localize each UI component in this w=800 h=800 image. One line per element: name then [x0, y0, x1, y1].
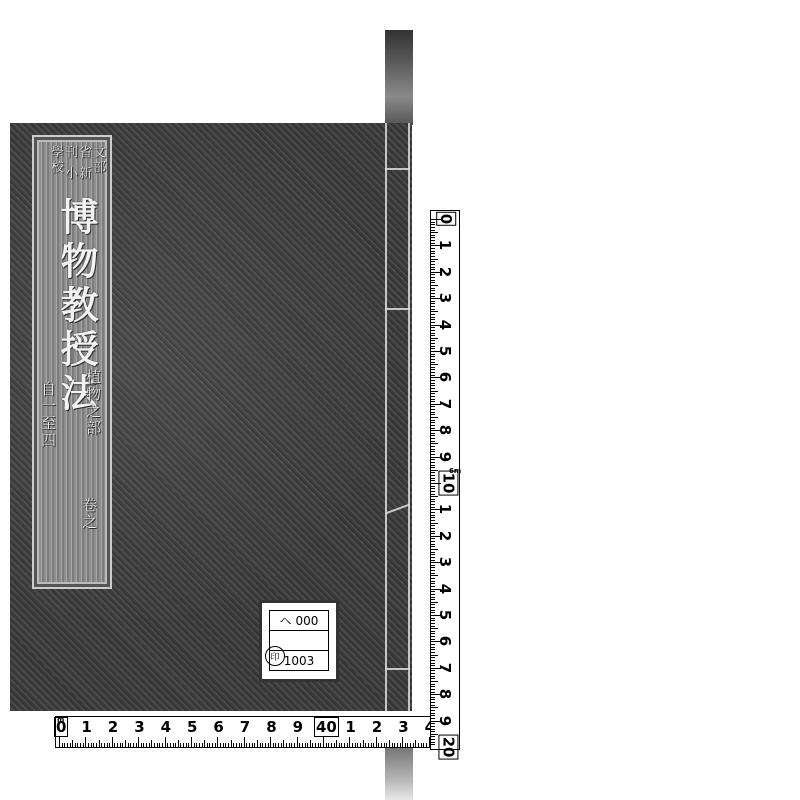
ruler-tick: [431, 729, 435, 730]
ruler-tick: [405, 743, 406, 747]
ruler-tick: [88, 743, 89, 747]
ruler-tick: [431, 438, 435, 439]
ruler-tick: [431, 261, 435, 262]
ruler-number: 1: [436, 240, 454, 250]
ruler-tick: [431, 692, 435, 693]
ruler-tick: [331, 743, 332, 747]
ruler-tick: [431, 478, 435, 479]
ruler-tick: [130, 743, 131, 747]
ruler-tick: [104, 743, 105, 747]
ruler-tick: [339, 743, 340, 747]
ruler-tick: [431, 647, 435, 648]
ruler-tick: [431, 546, 435, 547]
ruler-tick: [431, 744, 435, 745]
ruler-tick: [305, 743, 306, 747]
ruler-tick: [431, 356, 435, 357]
ruler-tick: [431, 420, 435, 421]
ruler-tick: [431, 359, 435, 360]
ruler-tick: [431, 288, 435, 289]
ruler-tick: [431, 251, 435, 252]
ruler-tick: [431, 557, 435, 558]
ruler-number: 2: [436, 531, 454, 541]
ruler-number: 3: [436, 557, 454, 567]
ruler-tick: [431, 354, 435, 355]
ruler-tick: [431, 531, 435, 532]
ruler-tick: [146, 743, 147, 747]
ruler-tick: [431, 396, 435, 397]
ruler-tick: [431, 475, 435, 476]
ruler-tick: [392, 743, 393, 747]
ruler-tick: [431, 248, 435, 249]
ruler-tick: [431, 612, 435, 613]
ruler-tick: [183, 743, 184, 747]
ruler-tick: [431, 441, 435, 442]
ruler-number: 3: [134, 718, 144, 736]
ruler-tick: [431, 414, 435, 415]
ruler-tick: [431, 409, 435, 410]
ruler-tick: [431, 739, 435, 740]
ruler-tick: [431, 655, 438, 656]
ruler-tick: [341, 743, 342, 747]
ruler-tick: [431, 285, 438, 286]
ruler-tick: [252, 743, 253, 747]
ruler-tick: [431, 222, 435, 223]
ruler-tick: [431, 338, 438, 339]
ruler-tick: [151, 740, 152, 747]
ruler-tick: [431, 723, 435, 724]
ruler-tick: [117, 743, 118, 747]
ruler-tick: [278, 743, 279, 747]
ruler-tick: [294, 743, 295, 747]
ruler-tick: [431, 552, 435, 553]
ruler-tick: [431, 628, 438, 629]
ruler-number: 8: [436, 689, 454, 699]
ruler-tick: [431, 375, 435, 376]
ruler-tick: [431, 565, 435, 566]
ruler-tick: [431, 343, 435, 344]
ruler-tick: [431, 504, 435, 505]
ruler-tick: [77, 743, 78, 747]
ruler-tick: [307, 743, 308, 747]
ruler-tick: [312, 743, 313, 747]
ruler-tick: [431, 391, 438, 392]
ruler-tick: [122, 743, 123, 747]
ruler-number: 4: [436, 583, 454, 593]
ruler-number: 2: [108, 718, 118, 736]
ruler-tick: [93, 743, 94, 747]
ruler-tick: [431, 454, 435, 455]
ruler-tick: [431, 380, 435, 381]
ruler-tick: [64, 743, 65, 747]
ruler-number: 7: [436, 663, 454, 673]
ruler-tick: [170, 743, 171, 747]
ruler-tick: [431, 631, 435, 632]
ruler-tick: [415, 740, 416, 747]
ruler-tick: [397, 743, 398, 747]
ruler-number: 4: [436, 319, 454, 329]
ruler-tick: [360, 743, 361, 747]
volume-text: 卷之: [79, 497, 100, 531]
ruler-tick: [431, 486, 435, 487]
ruler-tick: [431, 713, 435, 714]
ruler-number: 6: [436, 636, 454, 646]
ruler-tick: [431, 330, 435, 331]
ruler-tick: [431, 327, 435, 328]
ruler-tick: [225, 743, 226, 747]
ruler-unit: m: [57, 716, 64, 724]
ruler-tick: [128, 743, 129, 747]
ruler-tick: [239, 743, 240, 747]
ruler-tick: [431, 705, 435, 706]
ruler-number: 7: [240, 718, 250, 736]
ruler-tick: [246, 743, 247, 747]
ruler-tick: [120, 743, 121, 747]
library-seal-stamp: 印: [265, 646, 285, 666]
ruler-tick: [431, 652, 435, 653]
ruler-tick: [431, 660, 435, 661]
ruler-tick: [326, 743, 327, 747]
ruler-tick: [431, 573, 435, 574]
ruler-tick: [423, 743, 424, 747]
ruler-number: 20: [439, 736, 457, 759]
ruler-tick: [431, 480, 435, 481]
ruler-tick: [431, 274, 435, 275]
ruler-tick: [386, 743, 387, 747]
ruler-tick: [431, 591, 435, 592]
ruler-tick: [220, 743, 221, 747]
ruler-tick: [431, 399, 435, 400]
ruler-tick: [431, 538, 435, 539]
ruler-tick: [141, 743, 142, 747]
ruler-number: 40: [315, 718, 338, 736]
ruler-tick: [431, 499, 435, 500]
ruler-tick: [431, 277, 435, 278]
ruler-tick: [299, 743, 300, 747]
ruler-tick: [431, 710, 435, 711]
ruler-tick: [75, 743, 76, 747]
ruler-number: 9: [436, 451, 454, 461]
ruler-tick: [431, 385, 435, 386]
ruler-tick: [431, 340, 435, 341]
ruler-tick: [289, 743, 290, 747]
ruler-tick: [199, 743, 200, 747]
section-text: 植物之部: [83, 369, 104, 437]
ruler-number: 1: [81, 718, 91, 736]
ruler-tick: [421, 743, 422, 747]
ruler-tick: [265, 743, 266, 747]
ruler-tick: [431, 507, 435, 508]
ruler-tick: [99, 740, 100, 747]
ruler-tick: [136, 743, 137, 747]
ruler-tick: [431, 707, 438, 708]
ruler-tick: [281, 743, 282, 747]
ruler-tick: [270, 737, 271, 747]
ruler-tick: [431, 465, 435, 466]
ruler-tick: [167, 743, 168, 747]
title-label: 文部省 新刊 小學校 博物教授法 植物之部 自一至四 卷之: [32, 135, 112, 589]
ruler-tick: [431, 575, 438, 576]
ruler-tick: [431, 406, 435, 407]
ruler-tick: [431, 348, 435, 349]
ruler-tick: [378, 743, 379, 747]
ruler-number: 8: [266, 718, 276, 736]
ruler-tick: [431, 417, 438, 418]
ruler-tick: [431, 657, 435, 658]
ruler-tick: [67, 743, 68, 747]
ruler-number: 5: [436, 610, 454, 620]
spine-strip-bottom: [385, 748, 413, 800]
ruler-tick: [431, 256, 435, 257]
ruler-tick: [400, 743, 401, 747]
ruler-tick: [349, 737, 350, 747]
ruler-tick: [431, 240, 435, 241]
ruler-tick: [431, 689, 435, 690]
ruler-tick: [236, 743, 237, 747]
ruler-tick: [196, 743, 197, 747]
ruler-number: 8: [436, 425, 454, 435]
ruler-tick: [431, 317, 435, 318]
ruler-tick: [431, 494, 435, 495]
ruler-tick: [431, 533, 435, 534]
ruler-number: 2: [372, 718, 382, 736]
ruler-tick: [431, 393, 435, 394]
ruler-tick: [186, 743, 187, 747]
ruler-tick: [268, 743, 269, 747]
ruler-tick: [273, 743, 274, 747]
ruler-tick: [389, 740, 390, 747]
ruler-tick: [431, 620, 435, 621]
ruler-tick: [109, 743, 110, 747]
ruler-tick: [125, 740, 126, 747]
ruler-tick: [59, 737, 60, 747]
ruler-tick: [323, 737, 324, 747]
ruler-tick: [431, 235, 435, 236]
range-text: 自一至四: [38, 381, 59, 449]
ruler-tick: [355, 743, 356, 747]
ruler-tick: [431, 293, 435, 294]
ruler-tick: [431, 496, 438, 497]
ruler-tick: [207, 743, 208, 747]
spine-binding-line: [385, 123, 387, 711]
ruler-tick: [431, 383, 435, 384]
ruler-tick: [328, 743, 329, 747]
ruler-number: 6: [436, 372, 454, 382]
stitch: [385, 668, 410, 670]
ruler-tick: [431, 435, 435, 436]
ruler-tick: [431, 541, 435, 542]
ruler-tick: [215, 743, 216, 747]
ruler-marker: 6m: [449, 467, 461, 475]
ruler-tick: [431, 227, 435, 228]
ruler-tick: [297, 737, 298, 747]
ruler-tick: [431, 322, 435, 323]
ruler-tick: [431, 699, 435, 700]
ruler-tick: [413, 743, 414, 747]
ruler-tick: [431, 567, 435, 568]
ruler-tick: [431, 578, 435, 579]
stitch: [385, 504, 409, 514]
ruler-tick: [310, 740, 311, 747]
ruler-tick: [431, 581, 435, 582]
ruler-tick: [352, 743, 353, 747]
ruler-tick: [431, 319, 435, 320]
ruler-tick: [431, 488, 435, 489]
stitch: [385, 168, 410, 170]
ruler-tick: [431, 459, 435, 460]
ruler-tick: [431, 267, 435, 268]
ruler-tick: [376, 737, 377, 747]
ruler-tick: [410, 743, 411, 747]
spine-strip-top: [385, 30, 413, 125]
ruler-tick: [107, 743, 108, 747]
ruler-tick: [431, 237, 435, 238]
ruler-tick: [431, 681, 438, 682]
ruler-tick: [431, 676, 435, 677]
ruler-tick: [344, 743, 345, 747]
ruler-tick: [431, 443, 438, 444]
ruler-tick: [431, 633, 435, 634]
ruler-tick: [431, 367, 435, 368]
ruler-tick: [431, 594, 435, 595]
ruler-tick: [133, 743, 134, 747]
ruler-tick: [431, 301, 435, 302]
ruler-tick: [371, 743, 372, 747]
ruler-tick: [431, 599, 435, 600]
library-call-number-label: ヘ 000 1003 印: [262, 603, 336, 679]
ruler-tick: [431, 425, 435, 426]
ruler-tick: [101, 743, 102, 747]
ruler-tick: [431, 586, 435, 587]
ruler-tick: [336, 740, 337, 747]
ruler-tick: [431, 282, 435, 283]
ruler-tick: [431, 290, 435, 291]
ruler-tick: [431, 224, 435, 225]
ruler-tick: [431, 549, 438, 550]
vertical-scale-ruler: 012345678910123456789206m: [430, 210, 460, 750]
ruler-tick: [275, 743, 276, 747]
ruler-tick: [173, 743, 174, 747]
ruler-tick: [357, 743, 358, 747]
ruler-tick: [431, 607, 435, 608]
ruler-tick: [402, 737, 403, 747]
ruler-tick: [291, 743, 292, 747]
ruler-tick: [431, 742, 435, 743]
ruler-tick: [180, 743, 181, 747]
ruler-tick: [431, 560, 435, 561]
ruler-tick: [384, 743, 385, 747]
ruler-tick: [233, 743, 234, 747]
ruler-tick: [431, 362, 435, 363]
ruler-tick: [431, 467, 435, 468]
ruler-tick: [431, 253, 435, 254]
ruler-tick: [241, 743, 242, 747]
ruler-tick: [260, 743, 261, 747]
ruler-tick: [154, 743, 155, 747]
ruler-tick: [431, 686, 435, 687]
ruler-tick: [194, 743, 195, 747]
ruler-tick: [431, 264, 435, 265]
ruler-tick: [138, 737, 139, 747]
ruler-tick: [431, 610, 435, 611]
ruler-tick: [188, 743, 189, 747]
ruler-tick: [254, 743, 255, 747]
ruler-tick: [373, 743, 374, 747]
ruler-tick: [363, 740, 364, 747]
ruler-tick: [431, 639, 435, 640]
ruler-tick: [431, 520, 435, 521]
ruler-tick: [334, 743, 335, 747]
ruler-tick: [223, 743, 224, 747]
ruler-tick: [431, 269, 435, 270]
horizontal-scale-ruler: 0123456789401234m: [55, 716, 457, 748]
ruler-tick: [431, 372, 435, 373]
ruler-tick: [431, 626, 435, 627]
ruler-tick: [431, 470, 438, 471]
ruler-number: 3: [436, 293, 454, 303]
ruler-tick: [175, 743, 176, 747]
ruler-tick: [143, 743, 144, 747]
ruler-number: 5: [187, 718, 197, 736]
ruler-tick: [431, 364, 438, 365]
ruler-tick: [431, 296, 435, 297]
ruler-tick: [431, 525, 435, 526]
ruler-tick: [431, 232, 438, 233]
ruler-tick: [431, 422, 435, 423]
ruler-tick: [431, 446, 435, 447]
call-number-row-1: ヘ 000: [269, 610, 329, 631]
ruler-tick: [315, 743, 316, 747]
ruler-tick: [431, 230, 435, 231]
ruler-number: 9: [436, 715, 454, 725]
ruler-tick: [178, 740, 179, 747]
ruler-tick: [431, 309, 435, 310]
ruler-tick: [431, 451, 435, 452]
ruler-tick: [431, 501, 435, 502]
ruler-tick: [431, 670, 435, 671]
ruler-number: 0: [437, 213, 455, 225]
ruler-number: 3: [398, 718, 408, 736]
ruler-tick: [365, 743, 366, 747]
ruler-tick: [320, 743, 321, 747]
ruler-tick: [431, 243, 435, 244]
ruler-tick: [149, 743, 150, 747]
ruler-tick: [431, 663, 435, 664]
ruler-tick: [394, 743, 395, 747]
ruler-tick: [257, 740, 258, 747]
ruler-tick: [80, 743, 81, 747]
book-cover: 文部省 新刊 小學校 博物教授法 植物之部 自一至四 卷之: [10, 123, 412, 711]
spine-binding-line: [408, 123, 410, 711]
ruler-tick: [431, 697, 435, 698]
ruler-tick: [202, 743, 203, 747]
ruler-tick: [431, 570, 435, 571]
ruler-tick: [368, 743, 369, 747]
ruler-tick: [426, 743, 427, 747]
ruler-tick: [431, 604, 435, 605]
ruler-tick: [431, 731, 435, 732]
ruler-tick: [431, 583, 435, 584]
ruler-tick: [217, 737, 218, 747]
ruler-tick: [83, 743, 84, 747]
ruler-tick: [431, 623, 435, 624]
ruler-tick: [431, 665, 435, 666]
ruler-tick: [431, 523, 438, 524]
ruler-tick: [431, 333, 435, 334]
ruler-tick: [91, 743, 92, 747]
ruler-tick: [431, 433, 435, 434]
ruler-tick: [244, 737, 245, 747]
ruler-tick: [431, 618, 435, 619]
